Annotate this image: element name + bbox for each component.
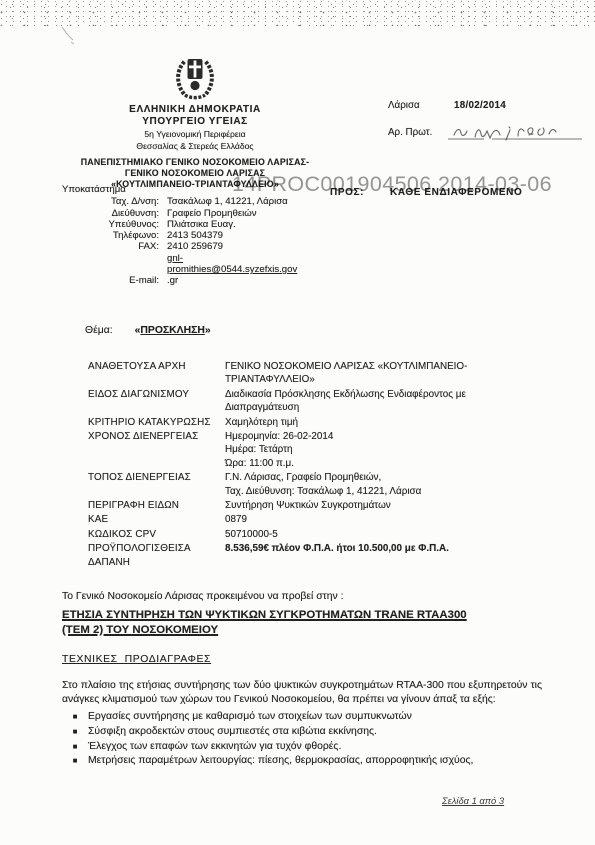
ministry-title: ΥΠΟΥΡΓΕΙΟ ΥΓΕΙΑΣ [28, 116, 362, 127]
contact-row-phone: Τηλέφωνο: 2413 504379 [55, 230, 355, 241]
detail-label: ΚΩΔΙΚΟΣ CPV [88, 528, 225, 541]
detail-label: ΤΟΠΟΣ ΔΙΕΝΕΡΓΕΙΑΣ [88, 471, 225, 498]
address-value: Τσακάλωφ 1, 41221, Λάρισα [167, 196, 355, 207]
bullet-text: Μετρήσεις παραμέτρων λειτουργίας: πίεσης… [88, 754, 542, 768]
email-label: E-mail: [55, 275, 167, 286]
contact-row-email2: promithies@0544.syzefxis.gov [55, 264, 355, 275]
contact-row-department: Διεύθυνση: Γραφείο Προμηθειών [55, 208, 355, 219]
contact-row-email1: gnl- [55, 253, 355, 264]
bullet-icon: ■ [62, 740, 88, 754]
document-title: ΕΤΗΣΙΑ ΣΥΝΤΗΡΗΣΗ ΤΩΝ ΨΥΚΤΙΚΩΝ ΣΥΓΚΡΟΤΗΜΑ… [62, 608, 542, 639]
contact-row-email3: E-mail: .gr [55, 275, 355, 286]
contact-block: Υποκατάστημα Ταχ. Δ/νση: Τσακάλωφ 1, 412… [55, 184, 355, 287]
detail-value: 50710000-5 [225, 528, 550, 541]
bullet-item: ■ Έλεγχος των επαφών των εκκινητών για τ… [62, 740, 542, 754]
protocol-number-label: Αρ. Πρωτ. [388, 127, 440, 138]
detail-row-time: ΧΡΟΝΟΣ ΔΙΕΝΕΡΓΕΙΑΣ Ημερομηνία: 26-02-201… [88, 430, 550, 470]
coat-of-arms-logo [28, 54, 362, 102]
detail-value: Γ.Ν. Λάρισας, Γραφείο Προμηθειών,Ταχ. Δι… [225, 471, 550, 498]
specs-paragraph: Στο πλαίσιο της ετήσιας συντήρησης των δ… [62, 679, 542, 706]
bullet-item: ■ Σύσφιξη ακροδεκτών στους συμπιεστές στ… [62, 725, 542, 739]
bullet-icon: ■ [62, 754, 88, 768]
bullet-icon: ■ [62, 725, 88, 739]
hospital-name-line1: ΠΑΝΕΠΙΣΤΗΜΙΑΚΟ ΓΕΝΙΚΟ ΝΟΣΟΚΟΜΕΙΟ ΛΑΡΙΣΑΣ… [28, 157, 362, 167]
contact-row-address: Ταχ. Δ/νση: Τσακάλωφ 1, 41221, Λάρισα [55, 196, 355, 207]
detail-label: ΕΙΔΟΣ ΔΙΑΓΩΝΙΣΜΟΥ [88, 388, 225, 415]
detail-value: Ημερομηνία: 26-02-2014Ημέρα: ΤετάρτηΏρα:… [225, 430, 550, 470]
detail-label: ΑΝΑΘΕΤΟΥΣΑ ΑΡΧΗ [88, 360, 225, 387]
health-region-line2: Θεσσαλίας & Στερεάς Ελλάδος [28, 141, 362, 151]
responsible-value: Πλιάτσικα Ευαγ. [167, 219, 355, 230]
detail-row-budget: ΠΡΟΫΠΟΛΟΓΙΣΘΕΙΣΑ ΔΑΠΑΝΗ 8.536,59€ πλέον … [88, 542, 550, 569]
bullet-item: ■ Μετρήσεις παραμέτρων λειτουργίας: πίεσ… [62, 754, 542, 768]
detail-label: ΚΑΕ [88, 513, 225, 526]
detail-label: ΠΕΡΙΓΡΑΦΗ ΕΙΔΩΝ [88, 499, 225, 512]
page-footer: Σελίδα 1 από 3 [442, 795, 504, 806]
detail-value: Συντήρηση Ψυκτικών Συγκροτημάτων [225, 499, 550, 512]
email-part3: .gr [167, 275, 355, 286]
bullet-text: Εργασίες συντήρησης με καθαρισμό των στο… [88, 710, 542, 724]
bullet-item: ■ Εργασίες συντήρησης με καθαρισμό των σ… [62, 710, 542, 724]
detail-value: ΓΕΝΙΚΟ ΝΟΣΟΚΟΜΕΙΟ ΛΑΡΙΣΑΣ «ΚΟΥΤΛΙΜΠΑΝΕΙΟ… [225, 360, 550, 387]
spacer [55, 264, 167, 275]
detail-row-cpv: ΚΩΔΙΚΟΣ CPV 50710000-5 [88, 528, 550, 541]
department-label: Διεύθυνση: [55, 208, 167, 219]
body-intro: Το Γενικό Νοσοκομείο Λάρισας προκειμένου… [62, 590, 542, 604]
phone-value: 2413 504379 [167, 230, 355, 241]
detail-row-authority: ΑΝΑΘΕΤΟΥΣΑ ΑΡΧΗ ΓΕΝΙΚΟ ΝΟΣΟΚΟΜΕΙΟ ΛΑΡΙΣΑ… [88, 360, 550, 387]
document-body: Το Γενικό Νοσοκομείο Λάρισας προκειμένου… [62, 590, 542, 769]
detail-row-place: ΤΟΠΟΣ ΔΙΕΝΕΡΓΕΙΑΣ Γ.Ν. Λάρισας, Γραφείο … [88, 471, 550, 498]
watermark-text: 14PROC001904506 2014-03-06 [232, 172, 552, 197]
details-table: ΑΝΑΘΕΤΟΥΣΑ ΑΡΧΗ ΓΕΝΙΚΟ ΝΟΣΟΚΟΜΕΙΟ ΛΑΡΙΣΑ… [88, 360, 550, 570]
bullet-list: ■ Εργασίες συντήρησης με καθαρισμό των σ… [62, 710, 542, 767]
detail-value: 8.536,59€ πλέον Φ.Π.Α. ήτοι 10.500,00 με… [225, 542, 550, 569]
scan-artifact-mark [58, 25, 88, 47]
subject-line: Θέμα: «ΠΡΟΣΚΛΗΣΗ» [85, 325, 211, 336]
detail-value: Χαμηλότερη τιμή [225, 416, 550, 429]
detail-row-items-description: ΠΕΡΙΓΡΑΦΗ ΕΙΔΩΝ Συντήρηση Ψυκτικών Συγκρ… [88, 499, 550, 512]
detail-value: Διαδικασία Πρόσκλησης Εκδήλωσης Ενδιαφέρ… [225, 388, 550, 415]
contact-row-responsible: Υπεύθυνος: Πλιάτσικα Ευαγ. [55, 219, 355, 230]
detail-value: 0879 [225, 513, 550, 526]
department-value: Γραφείο Προμηθειών [167, 208, 355, 219]
republic-title: ΕΛΛΗΝΙΚΗ ΔΗΜΟΚΡΑΤΙΑ [28, 104, 362, 115]
contact-row-fax: FAX: 2410 259679 [55, 241, 355, 252]
detail-row-kae: ΚΑΕ 0879 [88, 513, 550, 526]
subject-value: «ΠΡΟΣΚΛΗΣΗ» [135, 325, 211, 336]
document-date: 18/02/2014 [454, 100, 506, 111]
date-protocol-block: Λάρισα 18/02/2014 Αρ. Πρωτ. [388, 100, 588, 145]
responsible-label: Υπεύθυνος: [55, 219, 167, 230]
detail-row-tender-type: ΕΙΔΟΣ ΔΙΑΓΩΝΙΣΜΟΥ Διαδικασία Πρόσκλησης … [88, 388, 550, 415]
health-region-line1: 5η Υγειονομική Περιφέρεια [28, 129, 362, 139]
bullet-text: Έλεγχος των επαφών των εκκινητών για τυχ… [88, 740, 542, 754]
spacer [55, 253, 167, 264]
letterhead: ΕΛΛΗΝΙΚΗ ΔΗΜΟΚΡΑΤΙΑ ΥΠΟΥΡΓΕΙΟ ΥΓΕΙΑΣ 5η … [28, 54, 362, 189]
specs-heading: ΤΕΧΝΙΚΕΣ ΠΡΟΔΙΑΓΡΑΦΕΣ [62, 653, 542, 667]
bullet-text: Σύσφιξη ακροδεκτών στους συμπιεστές στα … [88, 725, 542, 739]
detail-label: ΠΡΟΫΠΟΛΟΓΙΣΘΕΙΣΑ ΔΑΠΑΝΗ [88, 542, 225, 569]
detail-label: ΧΡΟΝΟΣ ΔΙΕΝΕΡΓΕΙΑΣ [88, 430, 225, 470]
scanner-noise-band [0, 0, 595, 26]
subject-label: Θέμα: [85, 325, 113, 336]
bullet-icon: ■ [62, 710, 88, 724]
scanned-document-page: ΕΛΛΗΝΙΚΗ ΔΗΜΟΚΡΑΤΙΑ ΥΠΟΥΡΓΕΙΟ ΥΓΕΙΑΣ 5η … [0, 0, 595, 845]
fax-value: 2410 259679 [167, 241, 355, 252]
handwritten-protocol-number [446, 122, 586, 142]
phone-label: Τηλέφωνο: [55, 230, 167, 241]
email-part1: gnl- [167, 253, 355, 264]
address-label: Ταχ. Δ/νση: [55, 196, 167, 207]
fax-label: FAX: [55, 241, 167, 252]
email-part2: promithies@0544.syzefxis.gov [167, 264, 355, 275]
detail-label: ΚΡΙΤΗΡΙΟ ΚΑΤΑΚΥΡΩΣΗΣ [88, 416, 225, 429]
detail-row-award-criterion: ΚΡΙΤΗΡΙΟ ΚΑΤΑΚΥΡΩΣΗΣ Χαμηλότερη τιμή [88, 416, 550, 429]
city-label: Λάρισα [388, 100, 440, 111]
